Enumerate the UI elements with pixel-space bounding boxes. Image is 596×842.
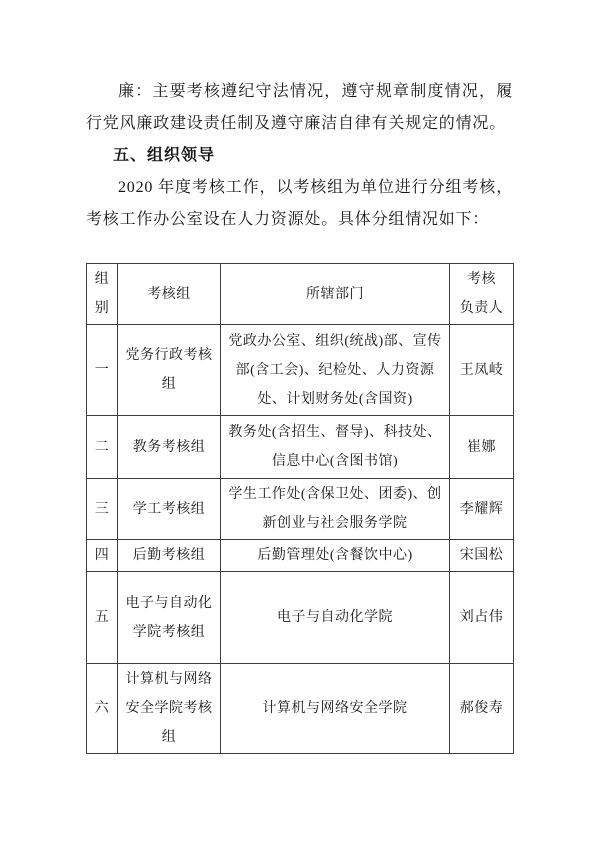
table-row: 六 计算机与网络安全学院考核组 计算机与网络安全学院 郝俊寿 — [87, 664, 514, 754]
cell-group: 后勤考核组 — [118, 540, 221, 572]
assessment-groups-table: 组 别 考核组 所辖部门 考核 负责人 一 党务行政考核组 党政办公室、组织(统… — [86, 263, 514, 754]
cell-leader: 刘占伟 — [450, 572, 514, 664]
cell-group-no: 三 — [87, 479, 118, 540]
paragraph-2020: 2020 年度考核工作，以考核组为单位进行分组考核，考核工作办公室设在人力资源处… — [86, 172, 513, 236]
cell-departments: 计算机与网络安全学院 — [221, 664, 450, 754]
cell-group-no: 二 — [87, 416, 118, 479]
cell-departments: 学生工作处(含保卫处、团委)、创新创业与社会服务学院 — [221, 479, 450, 540]
cell-leader: 李耀辉 — [450, 479, 514, 540]
header-departments: 所辖部门 — [221, 264, 450, 325]
header-leader: 考核 负责人 — [450, 264, 514, 325]
table-row: 三 学工考核组 学生工作处(含保卫处、团委)、创新创业与社会服务学院 李耀辉 — [87, 479, 514, 540]
table-row: 四 后勤考核组 后勤管理处(含餐饮中心) 宋国松 — [87, 540, 514, 572]
table-row: 五 电子与自动化学院考核组 电子与自动化学院 刘占伟 — [87, 572, 514, 664]
header-group-no: 组 别 — [87, 264, 118, 325]
cell-group: 学工考核组 — [118, 479, 221, 540]
document-page: 廉：主要考核遵纪守法情况，遵守规章制度情况，履行党风廉政建设责任制及遵守廉洁自律… — [0, 0, 596, 842]
cell-departments: 电子与自动化学院 — [221, 572, 450, 664]
cell-departments: 后勤管理处(含餐饮中心) — [221, 540, 450, 572]
document-content: 廉：主要考核遵纪守法情况，遵守规章制度情况，履行党风廉政建设责任制及遵守廉洁自律… — [86, 76, 513, 754]
table-row: 二 教务考核组 教务处(含招生、督导)、科技处、信息中心(含图书馆) 崔娜 — [87, 416, 514, 479]
cell-group-no: 六 — [87, 664, 118, 754]
cell-group: 教务考核组 — [118, 416, 221, 479]
table-row: 一 党务行政考核组 党政办公室、组织(统战)部、宣传部(含工会)、纪检处、人力资… — [87, 325, 514, 416]
cell-group-no: 一 — [87, 325, 118, 416]
cell-leader: 郝俊寿 — [450, 664, 514, 754]
paragraph-lian: 廉：主要考核遵纪守法情况，遵守规章制度情况，履行党风廉政建设责任制及遵守廉洁自律… — [86, 76, 513, 140]
cell-group: 党务行政考核组 — [118, 325, 221, 416]
cell-group-no: 四 — [87, 540, 118, 572]
cell-departments: 教务处(含招生、督导)、科技处、信息中心(含图书馆) — [221, 416, 450, 479]
cell-group: 计算机与网络安全学院考核组 — [118, 664, 221, 754]
cell-group-no: 五 — [87, 572, 118, 664]
cell-leader: 宋国松 — [450, 540, 514, 572]
cell-leader: 王凤岐 — [450, 325, 514, 416]
table-header-row: 组 别 考核组 所辖部门 考核 负责人 — [87, 264, 514, 325]
section-heading: 五、组织领导 — [86, 140, 513, 172]
cell-departments: 党政办公室、组织(统战)部、宣传部(含工会)、纪检处、人力资源处、计划财务处(含… — [221, 325, 450, 416]
cell-group: 电子与自动化学院考核组 — [118, 572, 221, 664]
header-group: 考核组 — [118, 264, 221, 325]
cell-leader: 崔娜 — [450, 416, 514, 479]
